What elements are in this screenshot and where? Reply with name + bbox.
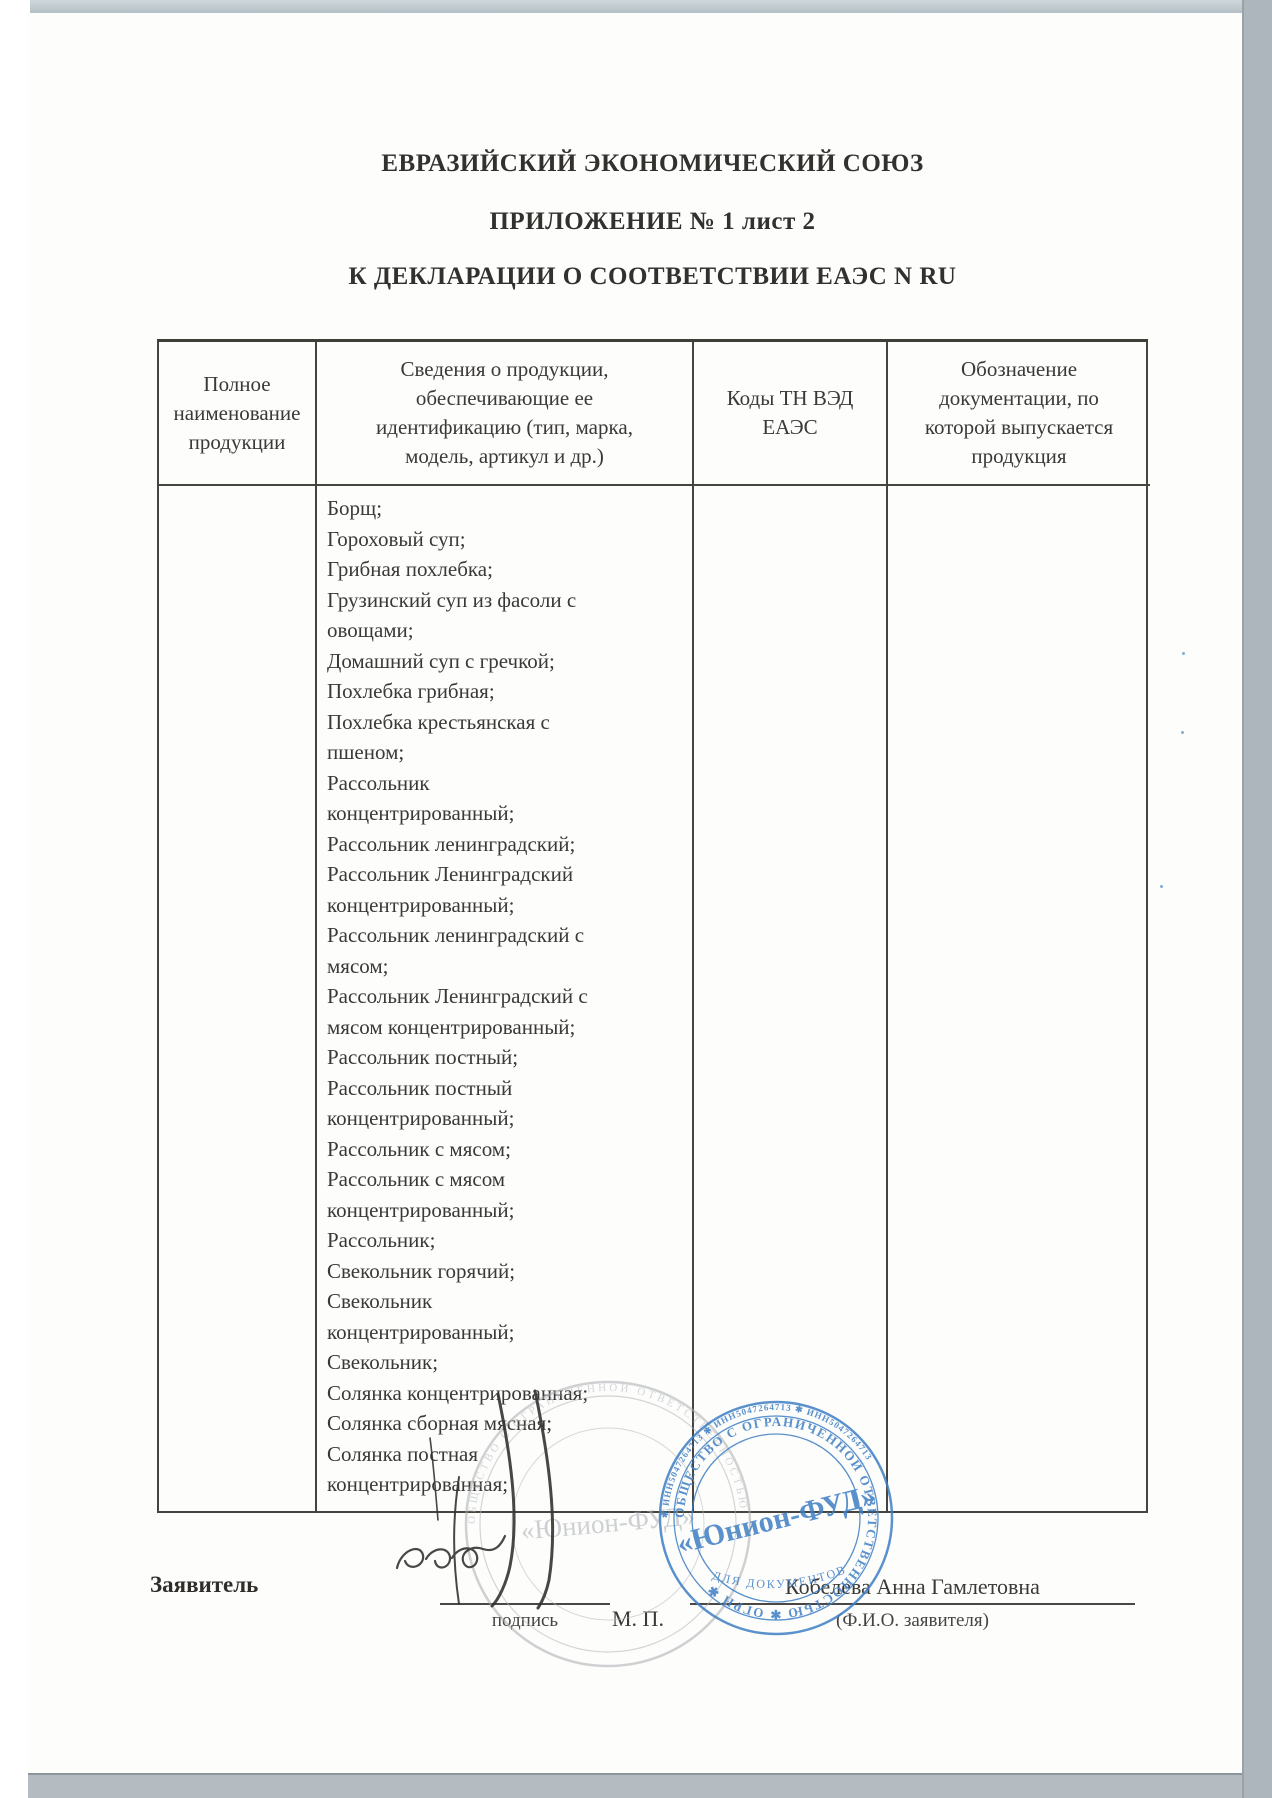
body-cell-product-list: Борщ;Гороховый суп;Грибная похлебка;Груз… <box>315 486 692 1511</box>
body-cell-tnved-codes <box>692 486 886 1511</box>
product-line: Похлебка грибная; <box>327 676 678 707</box>
product-line: Рассольник ленинградский с <box>327 920 678 951</box>
product-line: Свекольник горячий; <box>327 1256 678 1287</box>
product-line: концентрированный; <box>327 1195 678 1226</box>
document-title-declaration: К ДЕКЛАРАЦИИ О СООТВЕТСТВИИ ЕАЭС N RU <box>157 263 1148 291</box>
scanner-edge-top <box>30 0 1272 13</box>
header-cell-documentation: Обозначение документации, по которой вып… <box>886 342 1150 486</box>
product-line: мясом концентрированный; <box>327 1012 678 1043</box>
product-line: Гороховый суп; <box>327 524 678 555</box>
products-table: Полное наименование продукции Сведения о… <box>157 339 1148 1513</box>
applicant-label: Заявитель <box>150 1572 258 1598</box>
signature-line <box>440 1603 610 1605</box>
product-line: Рассольник с мясом <box>327 1164 678 1195</box>
product-line: концентрированный; <box>327 1317 678 1348</box>
applicant-name-caption: (Ф.И.О. заявителя) <box>690 1610 1135 1632</box>
product-line: овощами; <box>327 615 678 646</box>
scanned-document-page: ЕВРАЗИЙСКИЙ ЭКОНОМИЧЕСКИЙ СОЮЗ ПРИЛОЖЕНИ… <box>0 0 1272 1798</box>
product-line: Солянка постная <box>327 1439 678 1470</box>
applicant-name-line <box>690 1603 1135 1605</box>
product-line: мясом; <box>327 951 678 982</box>
dust-speck <box>1182 652 1185 655</box>
header-cell-tnved-codes: Коды ТН ВЭД ЕАЭС <box>692 342 886 486</box>
product-line: Борщ; <box>327 493 678 524</box>
body-cell-product-name <box>159 486 315 1511</box>
dust-speck <box>1181 731 1184 734</box>
applicant-name: Кобелева Анна Гамлетовна <box>690 1574 1135 1600</box>
product-line: концентрированный; <box>327 1103 678 1134</box>
header-cell-product-info: Сведения о продукции, обеспечивающие ее … <box>315 342 692 486</box>
product-line: концентрированная; <box>327 1469 678 1500</box>
product-line: Рассольник; <box>327 1225 678 1256</box>
product-line: концентрированный; <box>327 798 678 829</box>
product-line: Солянка сборная мясная; <box>327 1408 678 1439</box>
product-line: Рассольник постный; <box>327 1042 678 1073</box>
product-line: Рассольник Ленинградский с <box>327 981 678 1012</box>
product-line: Рассольник Ленинградский <box>327 859 678 890</box>
header-cell-product-name: Полное наименование продукции <box>159 342 315 486</box>
signature-caption: подпись <box>440 1610 610 1632</box>
stamp-place-label: М. П. <box>612 1606 664 1632</box>
dust-speck <box>1160 885 1163 888</box>
product-line: Рассольник постный <box>327 1073 678 1104</box>
product-line: Грузинский суп из фасоли с <box>327 585 678 616</box>
product-line: Свекольник; <box>327 1347 678 1378</box>
scanner-edge-right <box>1242 0 1272 1798</box>
product-line: Рассольник <box>327 768 678 799</box>
product-line: Похлебка крестьянская с <box>327 707 678 738</box>
product-line: концентрированный; <box>327 890 678 921</box>
product-line: Рассольник с мясом; <box>327 1134 678 1165</box>
product-line: пшеном; <box>327 737 678 768</box>
product-line: Грибная похлебка; <box>327 554 678 585</box>
document-title-annex: ПРИЛОЖЕНИЕ № 1 лист 2 <box>157 208 1148 236</box>
product-line: Солянка концентрированная; <box>327 1378 678 1409</box>
product-line: Рассольник ленинградский; <box>327 829 678 860</box>
scanner-edge-bottom <box>28 1773 1242 1798</box>
product-line: Домашний суп с гречкой; <box>327 646 678 677</box>
document-title-union: ЕВРАЗИЙСКИЙ ЭКОНОМИЧЕСКИЙ СОЮЗ <box>157 150 1148 178</box>
body-cell-documentation <box>886 486 1150 1511</box>
product-line: Свекольник <box>327 1286 678 1317</box>
